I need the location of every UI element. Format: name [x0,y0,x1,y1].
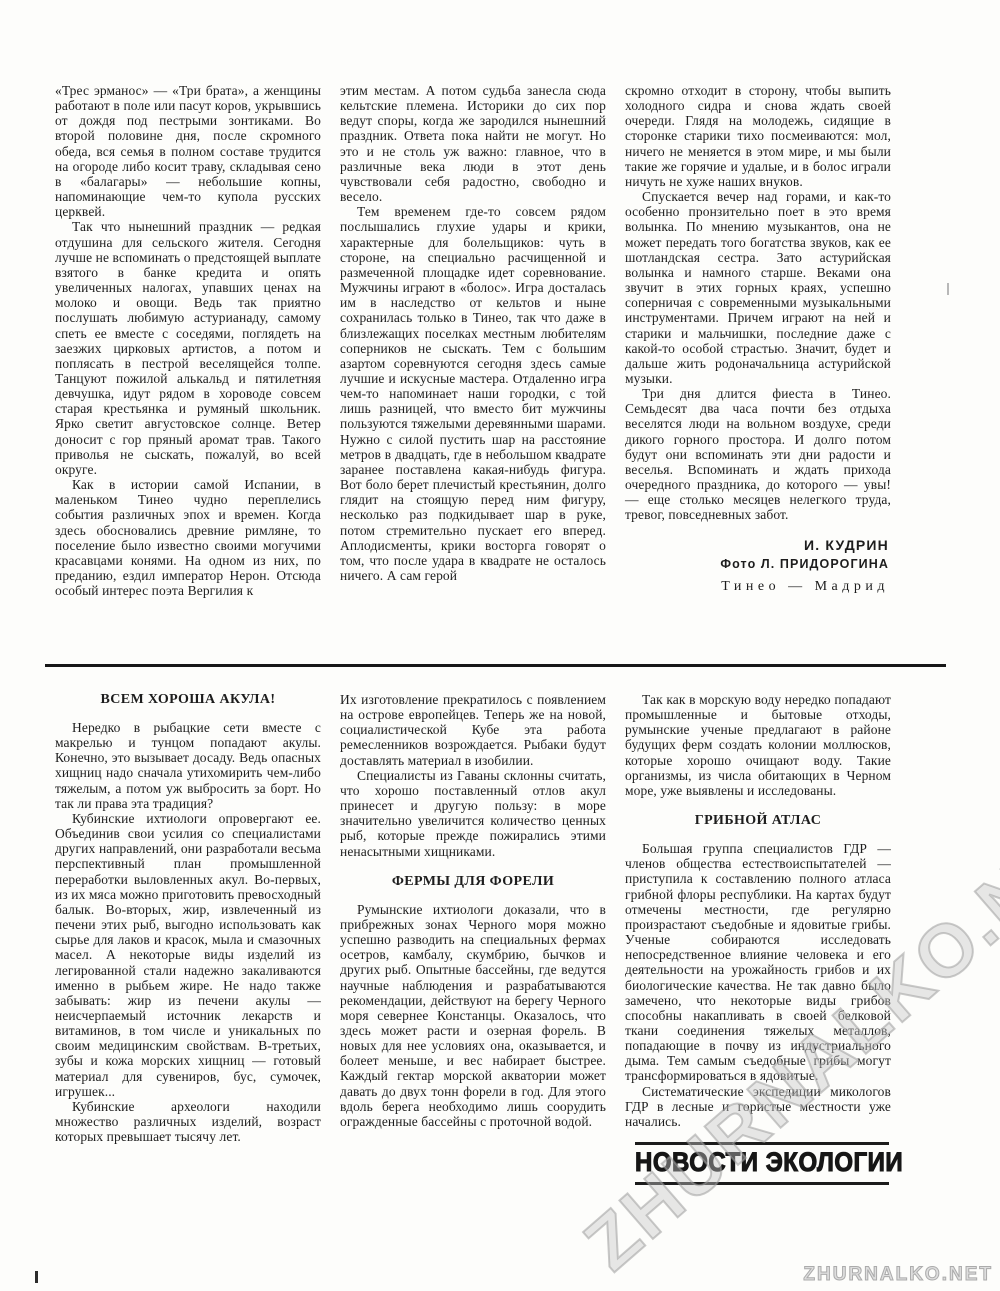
article-paragraph: Систематические экспедиции микологов ГДР… [625,1084,891,1129]
byline: И. КУДРИН Фото Л. ПРИДОРОГИНА Тинео — Ма… [625,537,891,595]
page-mark-right-margin [947,283,949,295]
article-paragraph: Специалисты из Гаваны склонны считать, ч… [340,768,606,859]
article-paragraph: Кубинские археологи находили множество р… [55,1099,321,1144]
article-paragraph: Тем временем где-то совсем рядом послыша… [340,204,606,583]
news-column-2: Их изготовление прекратилось с появление… [340,692,606,1185]
ecology-news-rubric-box: НОВОСТИ ЭКОЛОГИИ [635,1142,889,1185]
article-paragraph: Румынские ихтиологи доказали, что в приб… [340,902,606,1129]
ecology-news-section: ВСЕМ ХОРОША АКУЛА! Нередко в рыбацкие се… [55,692,891,1185]
article-paragraph: Спускается вечер над горами, и как-то ос… [625,189,891,386]
article-paragraph: скромно отходит в сторону, чтобы выпить … [625,83,891,189]
article-paragraph: «Трес эрманос» — «Три брата», а женщины … [55,83,321,219]
article-paragraph: Кубинские ихтиологи опровергают ее. Объе… [55,811,321,1099]
magazine-page-scan: «Трес эрманос» — «Три брата», а женщины … [0,0,1000,1291]
top-article-column-3: скромно отходит в сторону, чтобы выпить … [625,83,891,598]
section-divider-rule [45,664,946,667]
top-article-column-2: этим местам. А потом судьба занесла сюда… [340,83,606,598]
top-article-column-1: «Трес эрманос» — «Три брата», а женщины … [55,83,321,598]
article-paragraph: Их изготовление прекратилось с появление… [340,692,606,768]
news-column-1: ВСЕМ ХОРОША АКУЛА! Нередко в рыбацкие се… [55,692,321,1185]
byline-dateline: Тинео — Мадрид [625,579,889,595]
article-paragraph: Так что нынешний праздник — редкая отдуш… [55,219,321,477]
news-column-3: Так как в морскую воду нередко попадают … [625,692,891,1185]
article-paragraph: Как в истории самой Испании, в маленьком… [55,477,321,598]
article-paragraph: Большая группа специалистов ГДР — членов… [625,841,891,1084]
ecology-news-rubric-title: НОВОСТИ ЭКОЛОГИИ [635,1147,903,1178]
corner-watermark: ZHURNALKO.NET [803,1264,993,1286]
news-title-sharks: ВСЕМ ХОРОША АКУЛА! [55,692,321,707]
article-paragraph: Три дня длится фиеста в Тинео. Семьдесят… [625,386,891,522]
page-mark-bottom-left [35,1271,38,1283]
article-paragraph: этим местам. А потом судьба занесла сюда… [340,83,606,204]
byline-author: И. КУДРИН [625,537,889,553]
article-paragraph: Нередко в рыбацкие сети вместе с макрель… [55,720,321,811]
byline-photo-credit: Фото Л. ПРИДОРОГИНА [625,557,889,571]
top-article: «Трес эрманос» — «Три брата», а женщины … [55,83,891,598]
article-paragraph: Так как в морскую воду нередко попадают … [625,692,891,798]
news-title-mushroom-atlas: ГРИБНОЙ АТЛАС [625,813,891,828]
news-title-trout-farms: ФЕРМЫ ДЛЯ ФОРЕЛИ [340,874,606,889]
